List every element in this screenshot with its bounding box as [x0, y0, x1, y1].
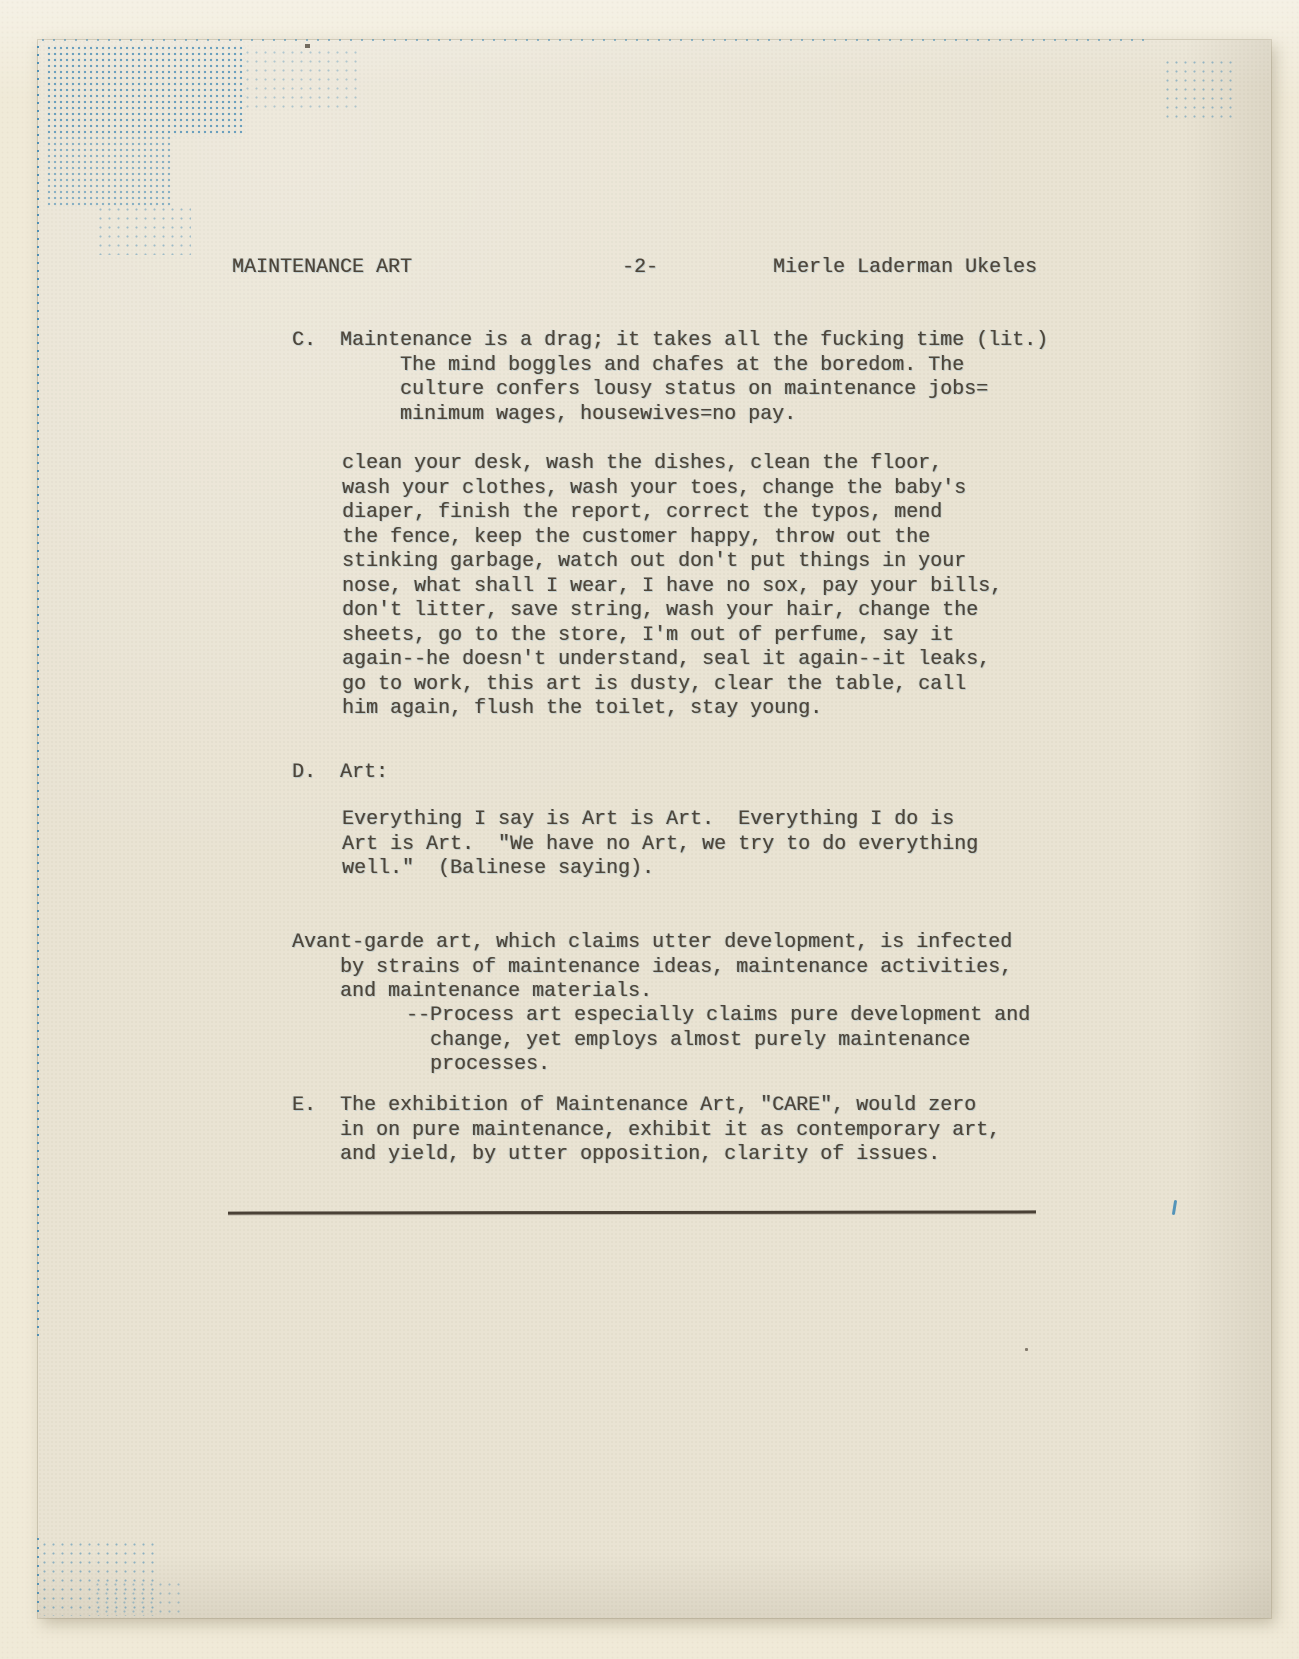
noise-cluster-top-left-right-extension [243, 48, 358, 110]
blue-ink-mark [1172, 1200, 1177, 1215]
section-c-chores-list: clean your desk, wash the dishes, clean … [342, 452, 1002, 722]
header-title: MAINTENANCE ART [232, 256, 412, 281]
section-e: E. The exhibition of Maintenance Art, "C… [292, 1094, 1000, 1168]
paragraph-avant-garde: Avant-garde art, which claims utter deve… [292, 931, 1012, 1005]
paragraph-process-art: --Process art especially claims pure dev… [406, 1004, 1030, 1078]
scan-background: MAINTENANCE ART -2- Mierle Laderman Ukel… [0, 0, 1299, 1659]
section-c: C. Maintenance is a drag; it takes all t… [292, 329, 1048, 427]
header-author: Mierle Laderman Ukeles [773, 256, 1037, 281]
noise-cluster-bottom-left-spread [93, 1580, 183, 1618]
section-d: D. Art: [292, 761, 388, 786]
ink-speck-top [305, 44, 310, 48]
ink-speck [1025, 1348, 1028, 1351]
noise-cluster-top-left-mid [46, 135, 171, 207]
paper-left-edge-dots-lower [37, 1538, 39, 1618]
paper-top-edge-dots [42, 39, 1147, 41]
header-page-number: -2- [622, 256, 658, 281]
paper-left-edge-dots [37, 46, 39, 1338]
section-d-body: Everything I say is Art is Art. Everythi… [342, 808, 978, 882]
divider-rule [228, 1210, 1036, 1214]
noise-cluster-top-right [1163, 58, 1233, 120]
noise-cluster-top-left-tail [96, 205, 191, 255]
paper-sheet: MAINTENANCE ART -2- Mierle Laderman Ukel… [38, 40, 1271, 1618]
noise-cluster-top-left [46, 45, 246, 137]
